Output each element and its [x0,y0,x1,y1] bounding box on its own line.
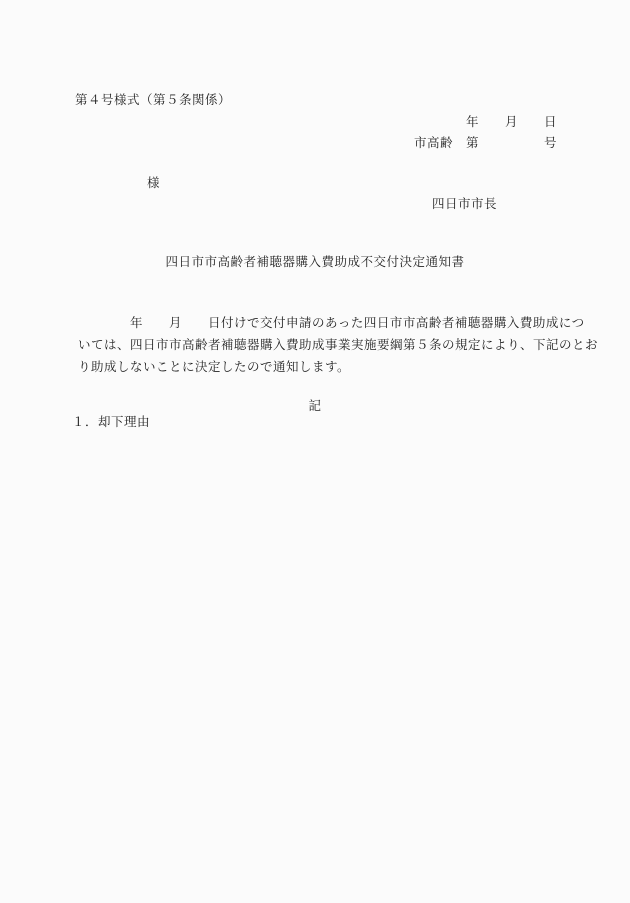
record-marker: 記 [0,399,630,414]
form-number: 第４号様式（第５条関係） [75,93,231,108]
sender-name: 四日市市長 [432,197,497,212]
document-title: 四日市市高齢者補聴器購入費助成不交付決定通知書 [0,255,630,270]
item-rejection-reason: １．却下理由 [72,415,150,430]
document-number-line: 市高齢 第 号 [414,136,557,151]
body-line-2: いては、四日市市高齢者補聴器購入費助成事業実施要綱第５条の規定により、下記のとお [78,338,598,353]
body-line-3: り助成しないことに決定したので通知します。 [78,360,350,375]
document-page: 第４号様式（第５条関係） 年 月 日 市高齢 第 号 様 四日市市長 四日市市高… [0,0,630,903]
addressee-suffix: 様 [147,176,160,191]
body-line-1: 年 月 日付けで交付申請のあった四日市市高齢者補聴器購入費助成につ [78,316,585,331]
date-line: 年 月 日 [466,115,557,130]
